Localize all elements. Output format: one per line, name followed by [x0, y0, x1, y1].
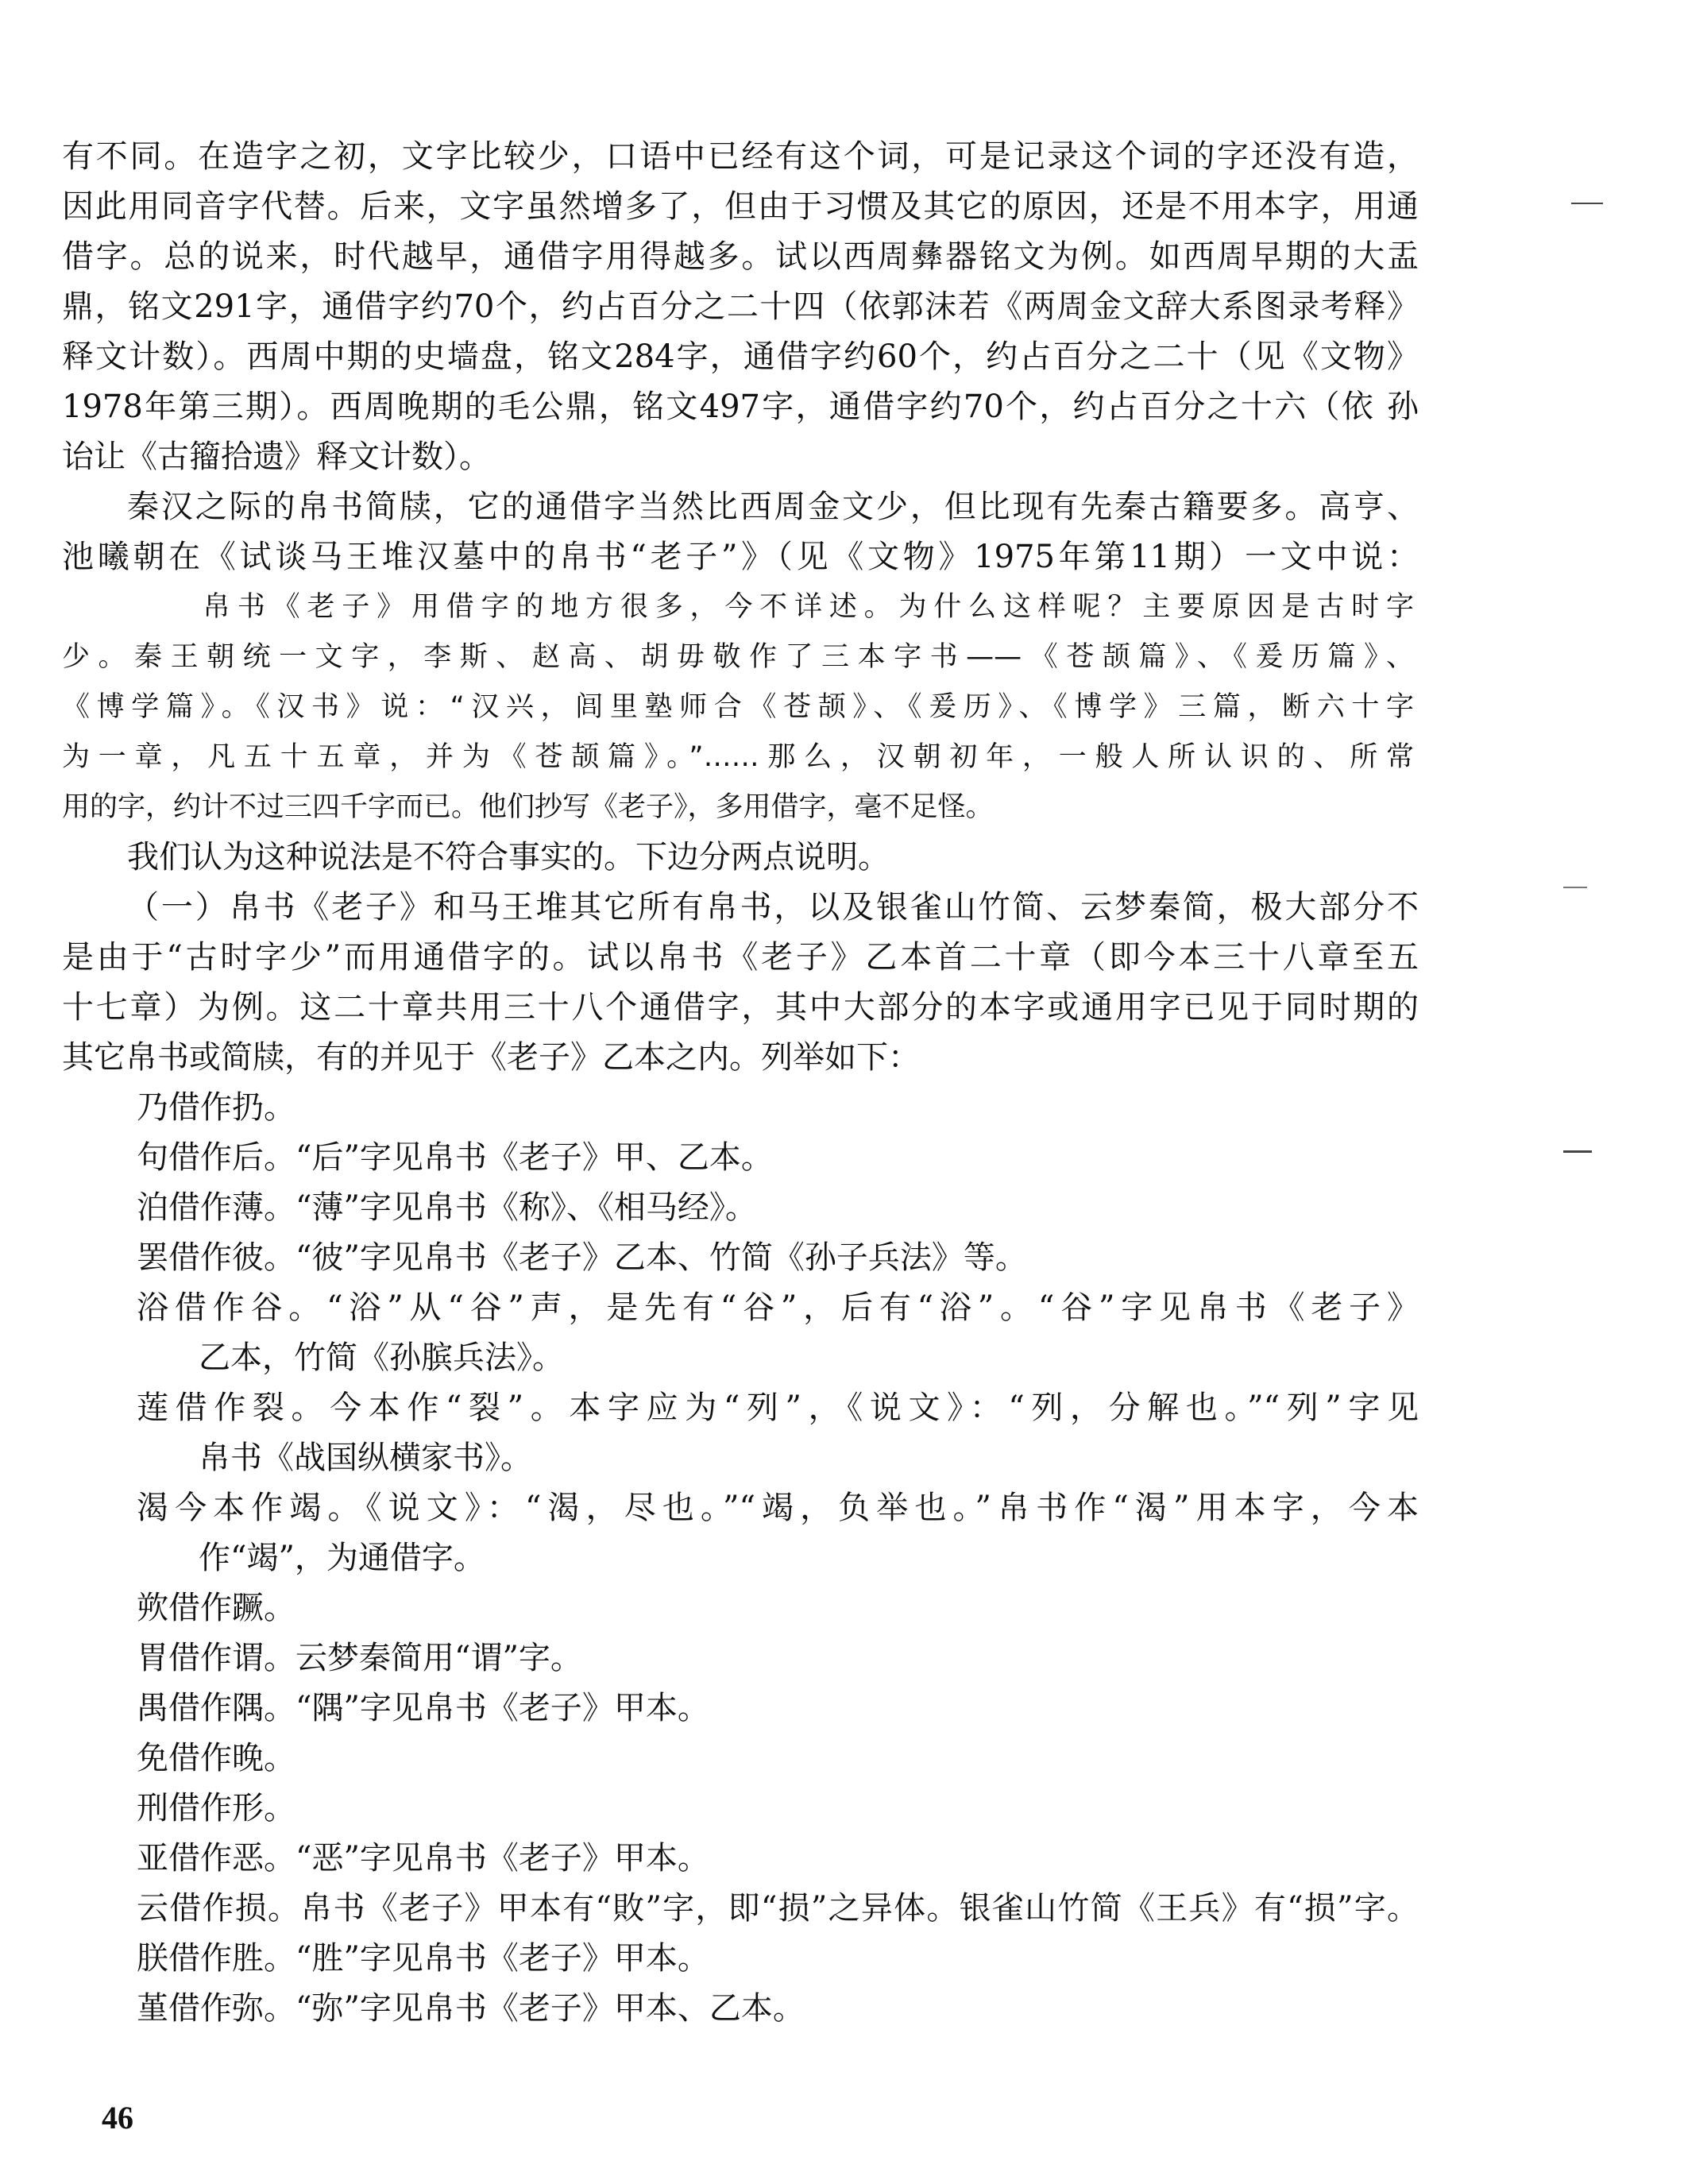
scanned-book-page: 有不同。在造字之初，文字比较少，口语中已经有这个词，可是记录这个词的字还没有造，… — [0, 0, 1684, 2184]
quote-line: 少。秦王朝统一文字，李斯、赵高、胡毋敬作了三本字书——《苍颉篇》、《爰历篇》、 — [62, 632, 1414, 682]
scan-artifact — [1571, 203, 1603, 204]
list-item-continuation: 帛书《战国纵横家书》。 — [199, 1433, 1419, 1483]
list-item-continuation: 作“竭”，为通借字。 — [199, 1533, 1419, 1583]
list-item: 莲借作裂。今本作“裂”。本字应为“列”，《说文》：“列，分解也。”“列”字见 — [137, 1383, 1419, 1433]
scan-artifact — [1563, 887, 1587, 888]
list-item: 免借作晚。 — [137, 1734, 1419, 1784]
quote-line: 帛书《老子》用借字的地方很多，今不详述。为什么这样呢？主要原因是古时字 — [203, 582, 1414, 632]
text-line: 借字。总的说来，时代越早，通借字用得越多。试以西周彝器铭文为例。如西周早期的大盂 — [62, 232, 1419, 282]
quote-line: 用的字，约计不过三四千字而已。他们抄写《老子》，多用借字，毫不足怪。 — [62, 783, 1414, 833]
quote-line: 为一章，凡五十五章，并为《苍颉篇》。”……那么，汉朝初年，一般人所认识的、所常 — [62, 733, 1414, 783]
text-line: 池曦朝在《试谈马王堆汉墓中的帛书“老子”》（见《文物》1975年第11期）一文中… — [62, 532, 1419, 582]
list-item: 渴今本作竭。《说文》：“渴，尽也。”“竭，负举也。”帛书作“渴”用本字，今本 — [137, 1483, 1419, 1533]
list-item: 云借作损。帛书《老子》甲本有“敗”字，即“损”之异体。银雀山竹简《王兵》有“损”… — [137, 1884, 1419, 1934]
quote-line: 《博学篇》。《汉书》说：“汉兴，闾里塾师合《苍颉》、《爰历》、《博学》三篇，断六… — [62, 682, 1414, 733]
text-line: 诒让《古籀拾遗》释文计数）。 — [62, 432, 1419, 482]
page-number: 46 — [102, 2099, 133, 2136]
text-line: 1978年第三期）。西周晚期的毛公鼎，铭文497字，通借字约70个，约占百分之十… — [62, 382, 1419, 432]
list-item: 句借作后。“后”字见帛书《老子》甲、乙本。 — [137, 1133, 1419, 1183]
list-item: 乃借作扔。 — [137, 1083, 1419, 1133]
list-item: 禺借作隅。“隅”字见帛书《老子》甲本。 — [137, 1683, 1419, 1734]
list-item: 刑借作形。 — [137, 1784, 1419, 1834]
list-item: 泊借作薄。“薄”字见帛书《称》、《相马经》。 — [137, 1183, 1419, 1233]
list-item-continuation: 乙本，竹简《孙膑兵法》。 — [199, 1333, 1419, 1383]
text-line: 是由于“古时字少”而用通借字的。试以帛书《老子》乙本首二十章（即今本三十八章至五 — [62, 933, 1419, 983]
text-line: 有不同。在造字之初，文字比较少，口语中已经有这个词，可是记录这个词的字还没有造， — [62, 132, 1419, 182]
text-line: 十七章）为例。这二十章共用三十八个通借字，其中大部分的本字或通用字已见于同时期的 — [62, 983, 1419, 1033]
list-item: 堇借作弥。“弥”字见帛书《老子》甲本、乙本。 — [137, 1984, 1419, 2034]
list-item: 罢借作彼。“彼”字见帛书《老子》乙本、竹简《孙子兵法》等。 — [137, 1233, 1419, 1283]
list-item: 朕借作胜。“胜”字见帛书《老子》甲本。 — [137, 1934, 1419, 1984]
list-item: 亚借作恶。“恶”字见帛书《老子》甲本。 — [137, 1834, 1419, 1884]
list-item: 胃借作谓。云梦秦简用“谓”字。 — [137, 1633, 1419, 1683]
paragraph-3: 我们认为这种说法是不符合事实的。下边分两点说明。 — [127, 833, 1419, 883]
text-line: 鼎，铭文291字，通借字约70个，约占百分之二十四（依郭沫若《两周金文辞大系图录… — [62, 282, 1419, 332]
text-line: 秦汉之际的帛书简牍，它的通借字当然比西周金文少，但比现有先秦古籍要多。高亨、 — [127, 482, 1419, 532]
text-line: （一）帛书《老子》和马王堆其它所有帛书，以及银雀山竹简、云梦秦简，极大部分不 — [127, 883, 1419, 933]
text-line: 释文计数）。西周中期的史墙盘，铭文284字，通借字约60个，约占百分之二十（见《… — [62, 332, 1419, 382]
scan-artifact — [1563, 1150, 1592, 1153]
text-line: 其它帛书或简牍，有的并见于《老子》乙本之内。列举如下： — [62, 1033, 1419, 1083]
text-line: 因此用同音字代替。后来，文字虽然增多了，但由于习惯及其它的原因，还是不用本字，用… — [62, 182, 1419, 232]
list-item: 浴借作谷。“浴”从“谷”声，是先有“谷”，后有“浴”。“谷”字见帛书《老子》 — [137, 1283, 1419, 1333]
list-item: 欮借作蹶。 — [137, 1583, 1419, 1633]
